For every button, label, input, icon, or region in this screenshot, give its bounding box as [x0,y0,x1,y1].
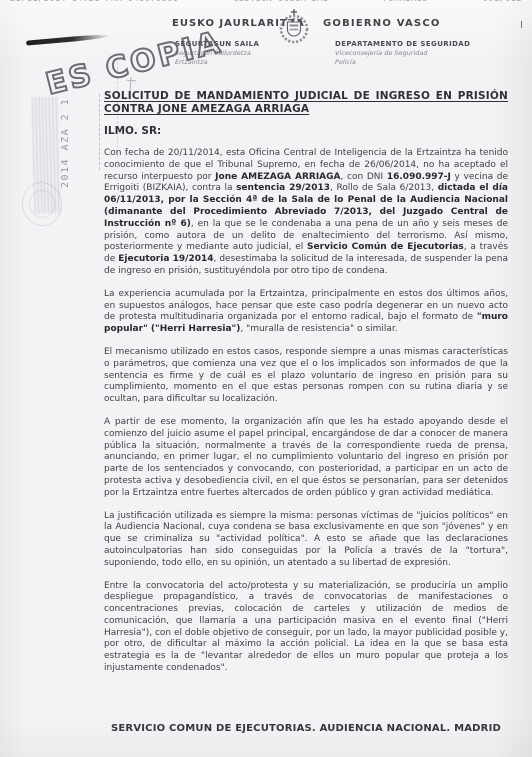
paragraph: La experiencia acumulada por la Ertzaint… [104,289,508,336]
fax-recipient-code: PJAXBAID [383,0,428,7]
fax-station-name: GESTION OCGUA DAI [233,0,329,7]
fax-date-number: 21/11/2014 14:21 FAX 946078886 [10,0,179,7]
department-title: DEPARTAMENTO DE SEGURIDAD [335,40,485,49]
paragraph: A partir de ese momento, la organización… [104,417,508,500]
date-received-stamp: 2014 AZA 2 1 [60,94,71,188]
department-subtitle: Viceconsejería de Seguridad [335,49,485,58]
document-body: SOLICITUD DE MANDAMIENTO JUDICIAL DE ING… [104,90,508,675]
department-block-spanish: DEPARTAMENTO DE SEGURIDAD Viceconsejería… [335,40,485,66]
addressee-footer: SERVICIO COMUN DE EJECUTORIAS. AUDIENCIA… [104,723,508,734]
page-edge-mark: I [520,20,523,31]
stamp-artifact-line [99,94,100,170]
body-paragraphs: Con fecha de 20/11/2014, esta Oficina Ce… [104,148,508,675]
salutation: ILMO. SR: [104,125,508,137]
paragraph: Entre la convocatoria del acto/protesta … [104,581,508,675]
fax-page-counter: 001/012 [483,0,522,7]
scanned-fax-document-page: 21/11/2014 14:21 FAX 946078886 GESTION O… [0,0,532,757]
paragraph: La justificación utilizada es siempre la… [104,511,508,570]
paragraph: Con fecha de 20/11/2014, esta Oficina Ce… [104,148,508,278]
org-name-spanish: GOBIERNO VASCO [323,18,441,29]
document-title-line1: SOLICITUD DE MANDAMIENTO JUDICIAL DE ING… [104,90,508,103]
fax-transmission-header: 21/11/2014 14:21 FAX 946078886 GESTION O… [0,0,532,8]
paragraph: El mecanismo utilizado en estos casos, r… [104,347,508,406]
document-title-line2: CONTRA JONE AMEZAGA ARRIAGA [104,103,508,116]
department-subtitle: Policía [335,58,485,67]
pen-mark [26,33,110,45]
